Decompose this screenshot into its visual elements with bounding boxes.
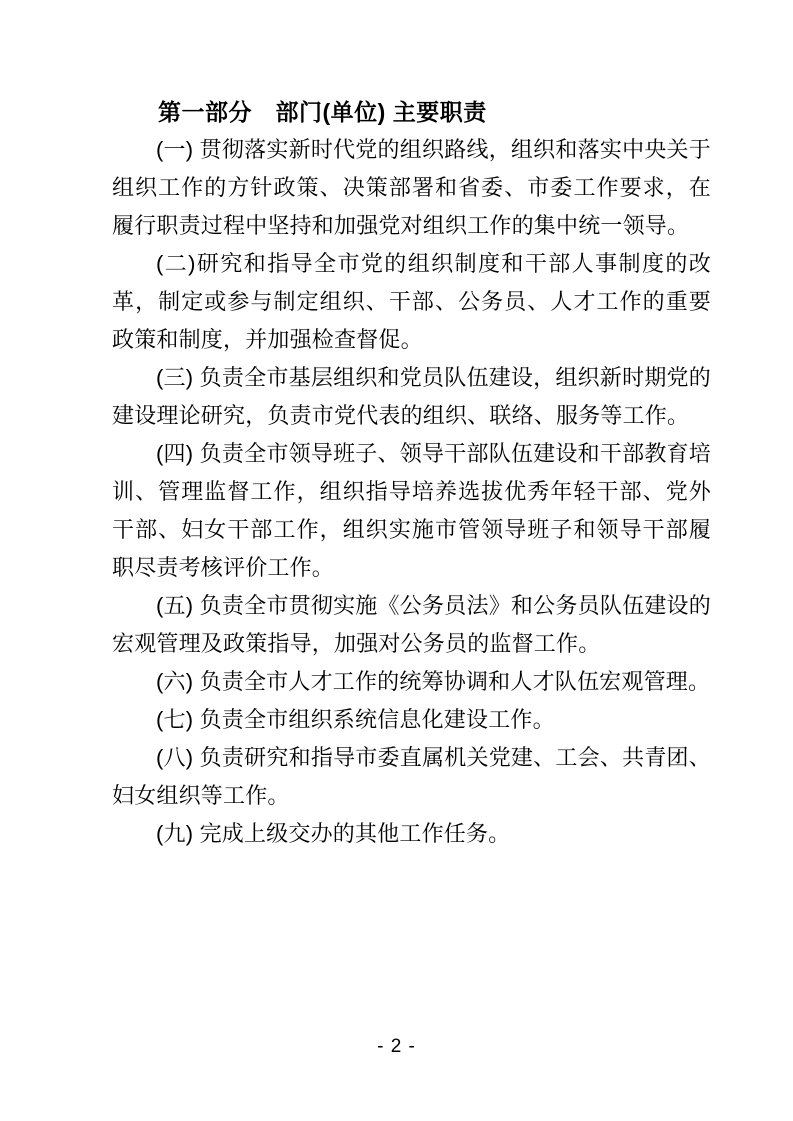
paragraph-duty-7: (七) 负责全市组织系统信息化建设工作。 [112,701,711,739]
paragraph-duty-9: (九) 完成上级交办的其他工作任务。 [112,815,711,853]
paragraph-duty-2: (二)研究和指导全市党的组织制度和干部人事制度的改革，制定或参与制定组织、干部、… [112,245,711,359]
paragraph-duty-1: (一) 贯彻落实新时代党的组织路线，组织和落实中央关于组织工作的方针政策、决策部… [112,131,711,245]
paragraph-duty-8: (八) 负责研究和指导市委直属机关党建、工会、共青团、妇女组织等工作。 [112,739,711,815]
paragraph-duty-5: (五) 负责全市贯彻实施《公务员法》和公务员队伍建设的宏观管理及政策指导，加强对… [112,587,711,663]
section-title: 第一部分 部门(单位) 主要职责 [112,93,711,131]
page-number: - 2 - [0,1036,793,1058]
paragraph-duty-4: (四) 负责全市领导班子、领导干部队伍建设和干部教育培训、管理监督工作，组织指导… [112,435,711,587]
paragraph-duty-6: (六) 负责全市人才工作的统筹协调和人才队伍宏观管理。 [112,663,711,701]
document-page: 第一部分 部门(单位) 主要职责 (一) 贯彻落实新时代党的组织路线，组织和落实… [0,0,793,1121]
paragraph-duty-3: (三) 负责全市基层组织和党员队伍建设，组织新时期党的建设理论研究，负责市党代表… [112,359,711,435]
